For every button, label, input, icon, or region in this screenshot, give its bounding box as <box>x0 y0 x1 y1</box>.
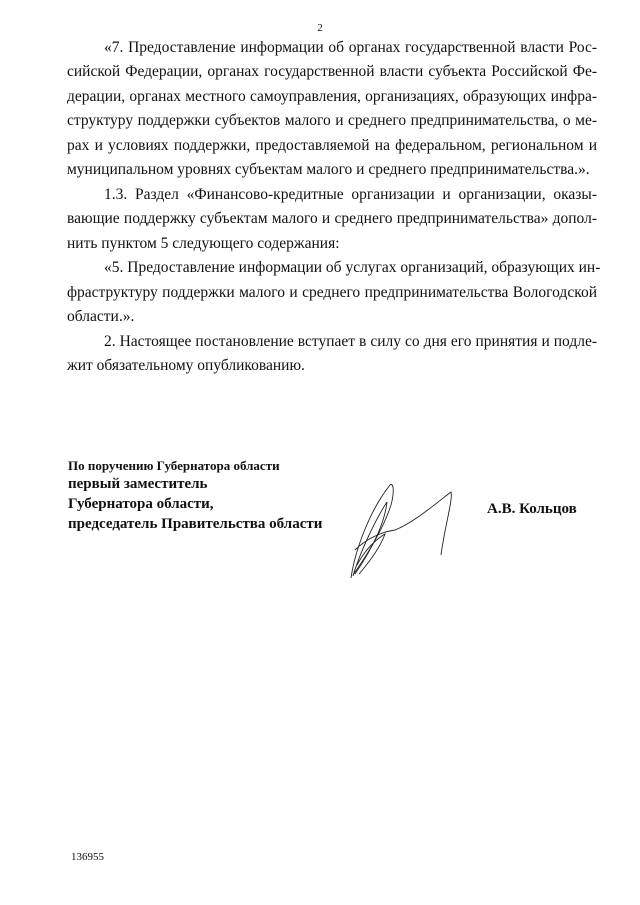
signature-line-4: председатель Правительства области <box>68 514 322 534</box>
signature-line-2: первый заместитель <box>68 474 322 494</box>
handwritten-signature-icon <box>345 470 465 580</box>
signature-line-1: По поручению Губернатора области <box>68 457 322 474</box>
text-line: области.». <box>67 307 597 327</box>
text-line: нить пунктом 5 следующего содержания: <box>67 234 597 254</box>
text-line: «7. Предоставление информации об органах… <box>104 38 597 58</box>
text-line: сийской Федерации, органах государственн… <box>67 62 597 82</box>
signature-line-3: Губернатора области, <box>68 494 322 514</box>
text-line: «5. Предоставление информации об услугах… <box>104 258 597 278</box>
text-line: 1.3. Раздел «Финансово-кредитные организ… <box>104 185 597 205</box>
signer-name: А.В. Кольцов <box>487 501 577 518</box>
text-line: структуру поддержки субъектов малого и с… <box>67 111 597 131</box>
document-number: 136955 <box>71 851 104 863</box>
text-line: дерации, органах местного самоуправления… <box>67 87 597 107</box>
text-line: 2. Настоящее постановление вступает в си… <box>104 332 597 352</box>
text-line: вающие поддержку субъектам малого и сред… <box>67 209 597 229</box>
text-line: фраструктуру поддержки малого и среднего… <box>67 283 597 303</box>
page-number: 2 <box>0 22 640 34</box>
signature-block: По поручению Губернатора области первый … <box>68 457 322 534</box>
text-line: жит обязательному опубликованию. <box>67 356 597 376</box>
text-line: рах и условиях поддержки, предоставляемо… <box>67 136 597 156</box>
text-line: муниципальном уровнях субъектам малого и… <box>67 160 597 180</box>
